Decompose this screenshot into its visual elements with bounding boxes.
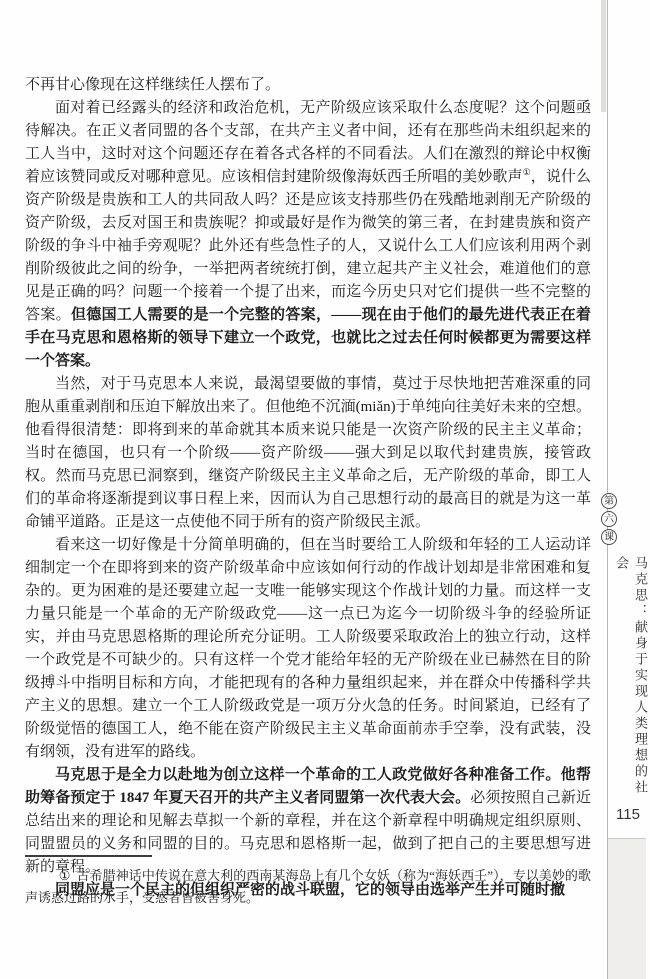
- book-page: 不再甘心像现在这样继续任人摆布了。 面对着已经露头的经济和政治危机，无产阶级应该…: [0, 0, 650, 979]
- lesson-badge-char: 六: [601, 511, 617, 527]
- margin-rule-top-shade: [601, 0, 606, 112]
- paragraph-text: 面对着已经露头的经济和政治危机，无产阶级应该采取什么态度呢？这个问题亟待解决。在…: [25, 100, 591, 185]
- page-number: 115: [612, 806, 644, 823]
- paragraph-text: ，说什么资产阶级是贵族和工人的共同敌人吗？还是应该支持那些仍在残酷地剥削无产阶级…: [25, 169, 591, 323]
- lesson-title: 马克思：献身于实现人类理想的社会: [612, 556, 650, 806]
- footnote-text: 古希腊神话中传说在意大利的西南某海岛上有几个女妖（称为“海妖西壬”），专以美妙的…: [25, 868, 591, 905]
- paragraph-text: 看来这一切好像是十分简单明确的，但在当时要给工人阶级和年轻的工人运动详细制定一个…: [25, 537, 591, 760]
- footnote-area: ①古希腊神话中传说在意大利的西南某海岛上有几个女妖（称为“海妖西壬”），专以美妙…: [25, 855, 591, 908]
- paragraph-text: 不再甘心像现在这样继续任人摆布了。: [25, 77, 280, 93]
- lesson-badge-char: 课: [601, 529, 617, 545]
- lesson-badge-char: 第: [601, 493, 617, 509]
- footnote-ref-marker: ①: [523, 167, 531, 177]
- footnote-divider: [25, 855, 152, 857]
- footnote-marker: ①: [59, 868, 71, 883]
- bold-emphasis-text: 但德国工人需要的是一个完整的答案，——现在由于他们的最先进代表正在着手在马克思和…: [25, 307, 591, 369]
- paragraph: 看来这一切好像是十分简单明确的，但在当时要给工人阶级和年轻的工人运动详细制定一个…: [25, 534, 591, 764]
- main-text: 不再甘心像现在这样继续任人摆布了。 面对着已经露头的经济和政治危机，无产阶级应该…: [25, 74, 591, 902]
- paragraph: 面对着已经露头的经济和政治危机，无产阶级应该采取什么态度呢？这个问题亟待解决。在…: [25, 97, 591, 373]
- paragraph: 不再甘心像现在这样继续任人摆布了。: [25, 74, 591, 97]
- page-edge-shadow: [608, 838, 646, 979]
- paragraph-text: 当然，对于马克思本人来说，最渴望要做的事情，莫过于尽快地把苦难深重的同胞从重重剥…: [25, 376, 591, 530]
- footnote: ①古希腊神话中传说在意大利的西南某海岛上有几个女妖（称为“海妖西壬”），专以美妙…: [25, 865, 591, 908]
- margin-rule-line: [607, 0, 608, 979]
- paragraph: 当然，对于马克思本人来说，最渴望要做的事情，莫过于尽快地把苦难深重的同胞从重重剥…: [25, 373, 591, 534]
- lesson-badge: 第 六 课: [601, 493, 617, 545]
